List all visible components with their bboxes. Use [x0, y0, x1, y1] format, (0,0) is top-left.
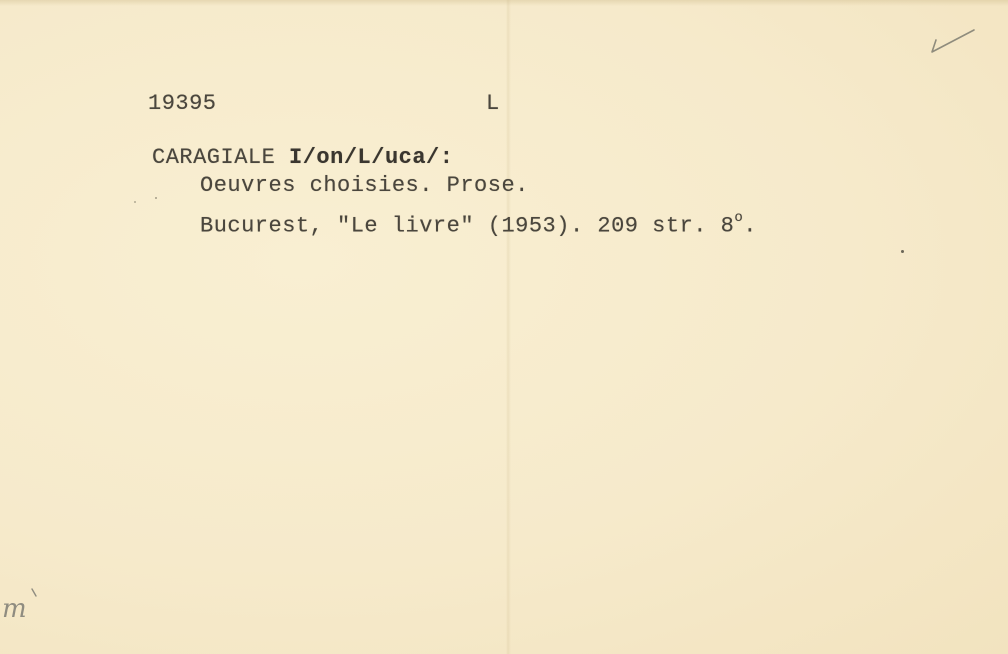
card-top-edge	[0, 0, 1008, 6]
check-mark-icon	[928, 26, 978, 58]
book-title: Oeuvres choisies. Prose.	[200, 175, 529, 197]
handwritten-margin-note: m	[2, 594, 27, 624]
imprint-text: Bucurest, "Le livre" (1953). 209 str. 8	[200, 213, 734, 238]
author-heading: CARAGIALE I/on/L/uca/:	[152, 147, 453, 169]
class-mark: L	[486, 93, 500, 115]
ink-speck	[901, 250, 904, 253]
ink-speck	[134, 201, 136, 203]
accession-number: 19395	[148, 93, 217, 115]
ink-speck	[155, 197, 157, 199]
imprint-trailing: .	[743, 213, 757, 238]
author-surname: CARAGIALE	[152, 145, 275, 170]
imprint-line: Bucurest, "Le livre" (1953). 209 str. 8o…	[200, 213, 757, 237]
format-superscript: o	[734, 210, 743, 226]
handwritten-tick-icon	[30, 588, 38, 598]
author-forename: I/on/L/uca/:	[289, 145, 453, 170]
catalog-card: 19395 L CARAGIALE I/on/L/uca/: Oeuvres c…	[0, 0, 1008, 654]
